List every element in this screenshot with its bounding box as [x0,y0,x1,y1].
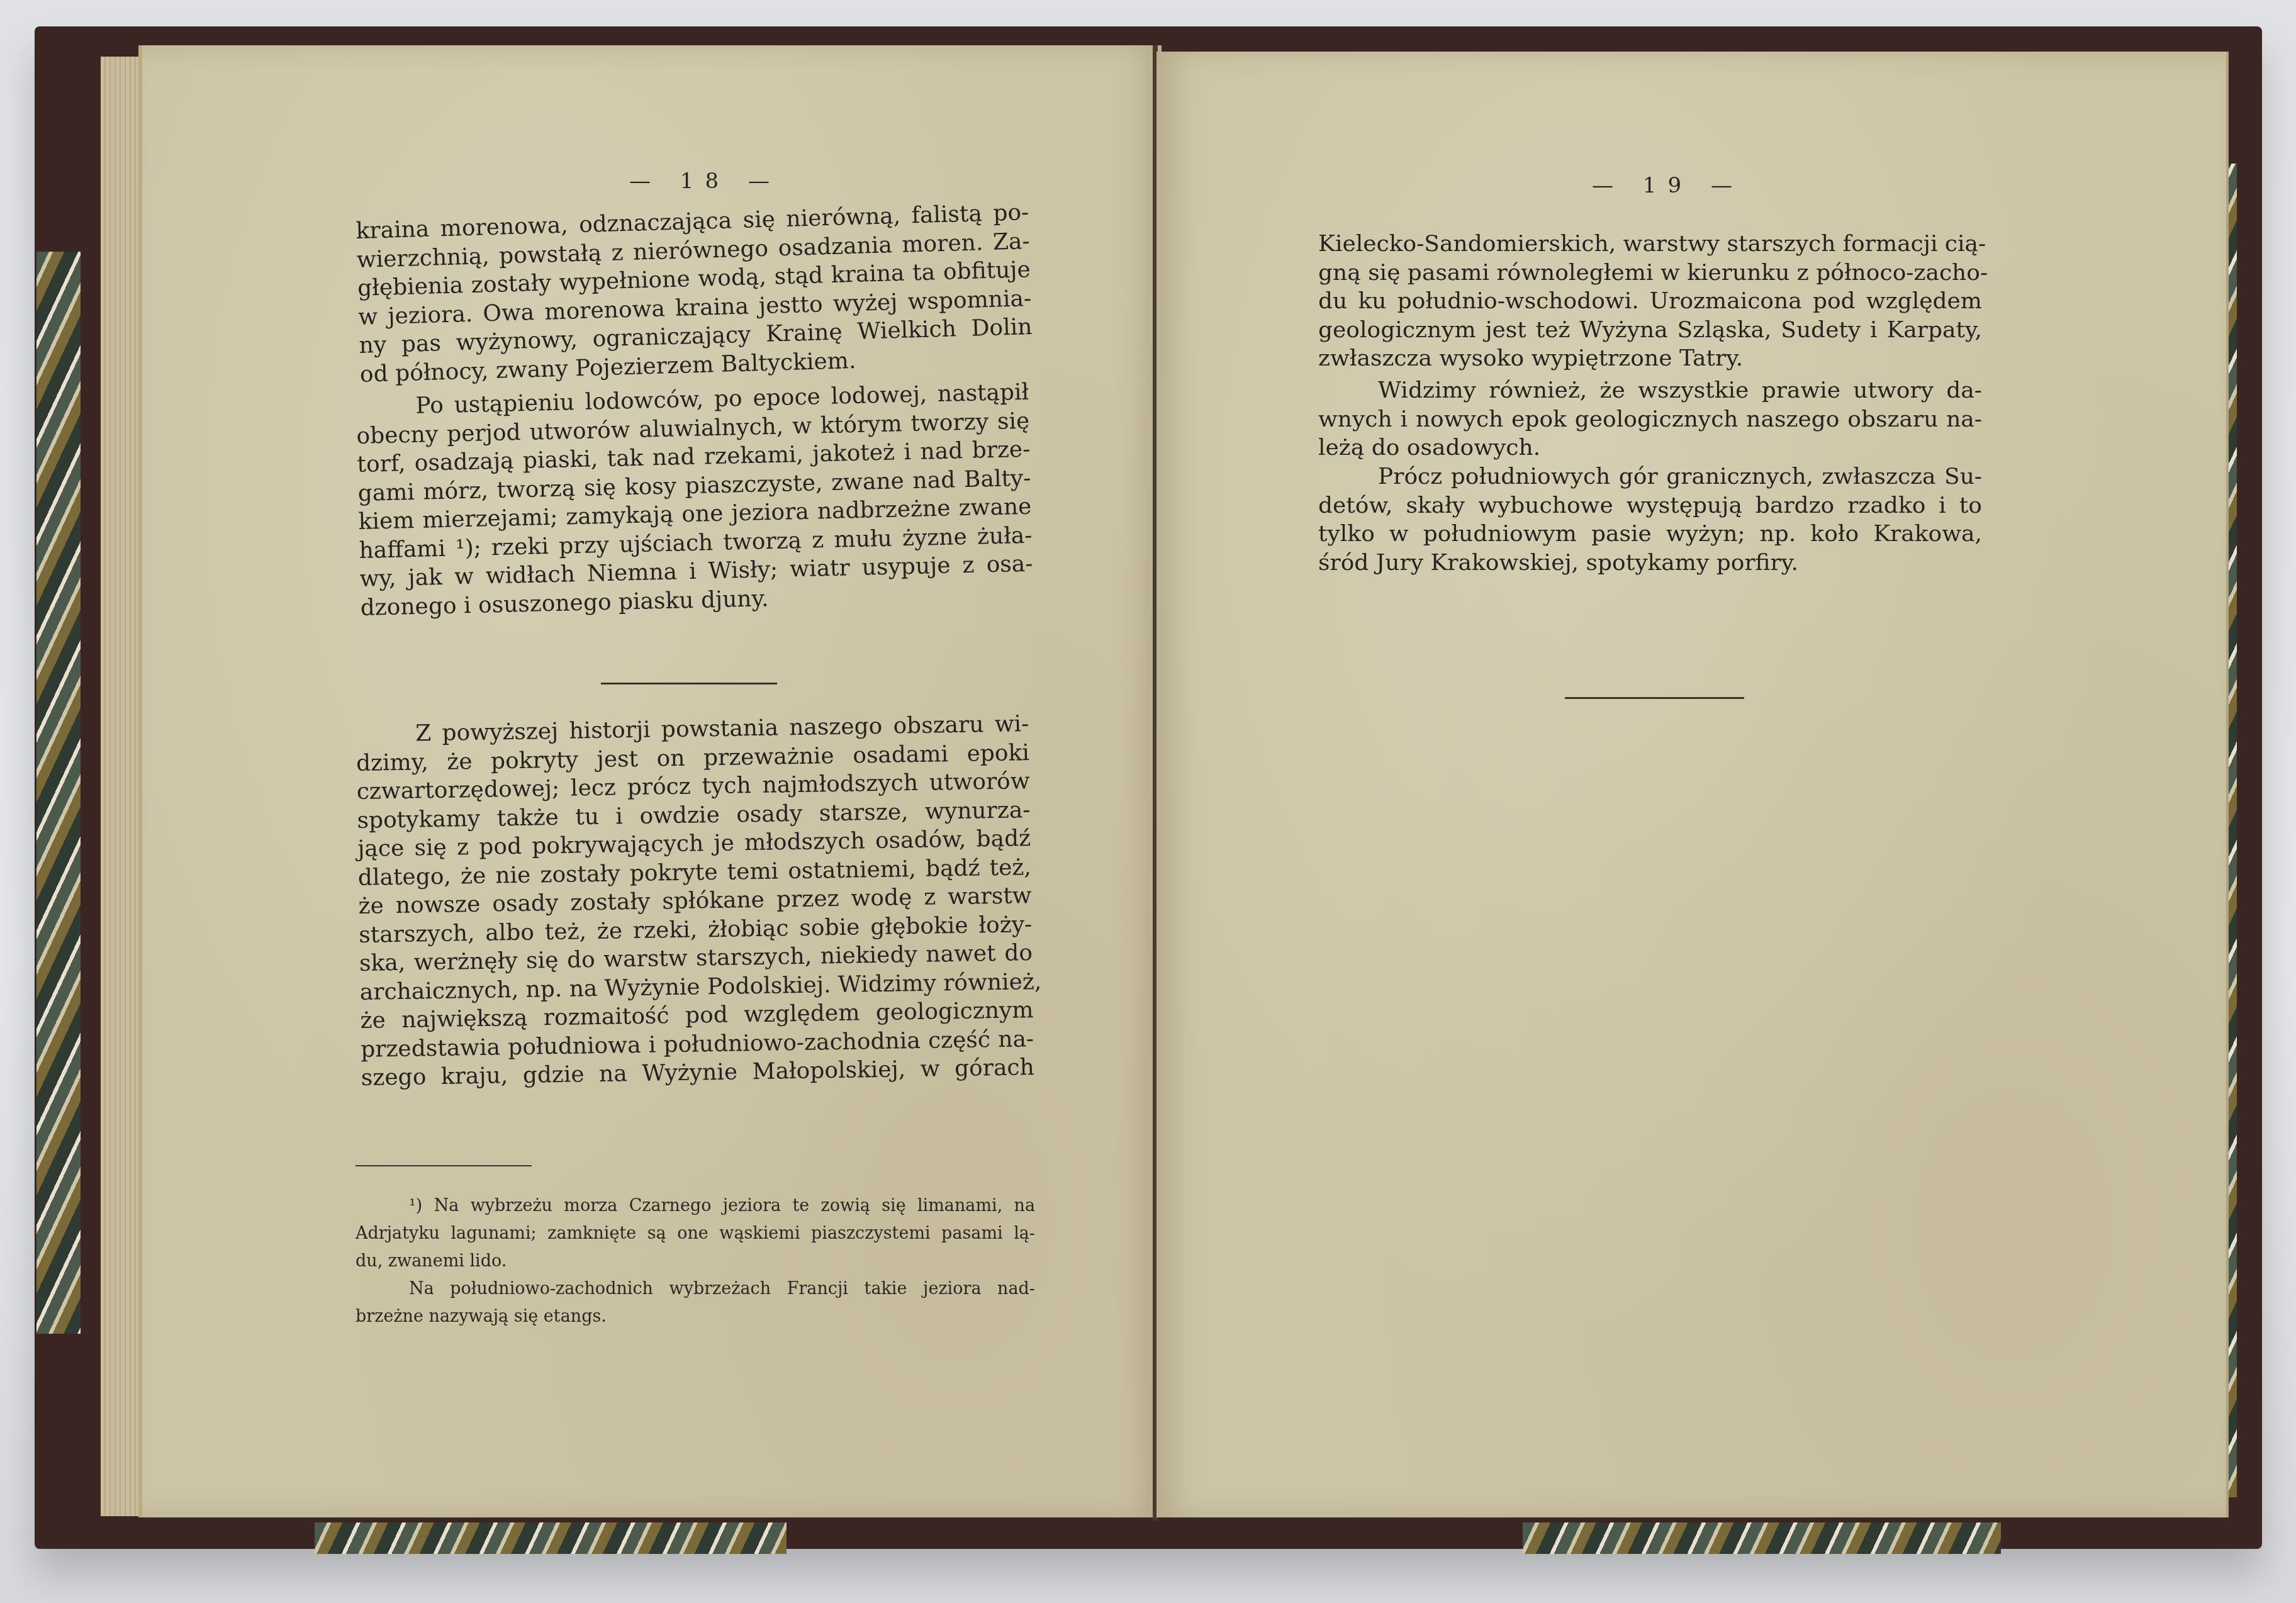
footnotes: ¹) Na wybrzeżu morza Czarnego jeziora te… [356,1192,1035,1331]
right-paragraph-1: Kielecko-Sandomierskich, warstwy starszy… [1318,230,1982,373]
text-line: Kielecko-Sandomierskich, warstwy starszy… [1318,230,1982,259]
text-line: śród Jury Krakowskiej, spotykamy porfiry… [1318,549,1982,578]
footnote-line: Na południowo-zachodnich wybrzeżach Fran… [356,1275,1035,1303]
footnote-line: ¹) Na wybrzeżu morza Czarnego jeziora te… [356,1192,1035,1220]
footnote-rule [356,1165,532,1166]
text-line: Prócz południowych gór granicznych, zwła… [1318,462,1982,491]
left-paragraph-3: Z powyższej historji powstania naszego o… [356,710,1034,1092]
text-line: wnych i nowych epok geologicznych naszeg… [1318,405,1982,434]
text-line: detów, skały wybuchowe występują bardzo … [1318,491,1982,520]
text-line: tylko w południowym pasie wyżyn; np. koł… [1318,520,1982,549]
text-line: zwłaszcza wysoko wypiętrzone Tatry. [1318,344,1982,373]
page-number-right: — 19 — [1592,173,1744,198]
footnote-line: brzeżne nazywają się etangs. [356,1303,1035,1331]
left-paragraph-1: kraina morenowa, odznaczająca się nierów… [356,198,1033,389]
right-paragraph-3: Prócz południowych gór granicznych, zwła… [1318,462,1982,577]
text-line: Widzimy również, że wszystkie prawie utw… [1318,376,1982,405]
marbled-edge-bottom-right [1523,1522,2001,1554]
page-number-left: — 18 — [629,169,781,194]
section-divider-left [601,683,777,684]
text-line: leżą do osadowych. [1318,433,1982,462]
marbled-endpaper-left [36,252,81,1334]
text-line: du ku południo-wschodowi. Urozmaicona po… [1318,287,1982,316]
left-paragraph-2: Po ustąpieniu lodowców, po epoce lodowej… [356,378,1034,622]
right-paragraph-2: Widzimy również, że wszystkie prawie utw… [1318,376,1982,462]
footnote-line: du, zwanemi lido. [356,1248,1035,1275]
section-divider-right [1565,697,1744,699]
text-line: gną się pasami równoległemi w kierunku z… [1318,259,1982,288]
text-line: geologicznym jest też Wyżyna Szląska, Su… [1318,316,1982,345]
marbled-edge-bottom-left [315,1522,787,1554]
footnote-line: Adrjatyku lagunami; zamknięte są one wąs… [356,1220,1035,1248]
